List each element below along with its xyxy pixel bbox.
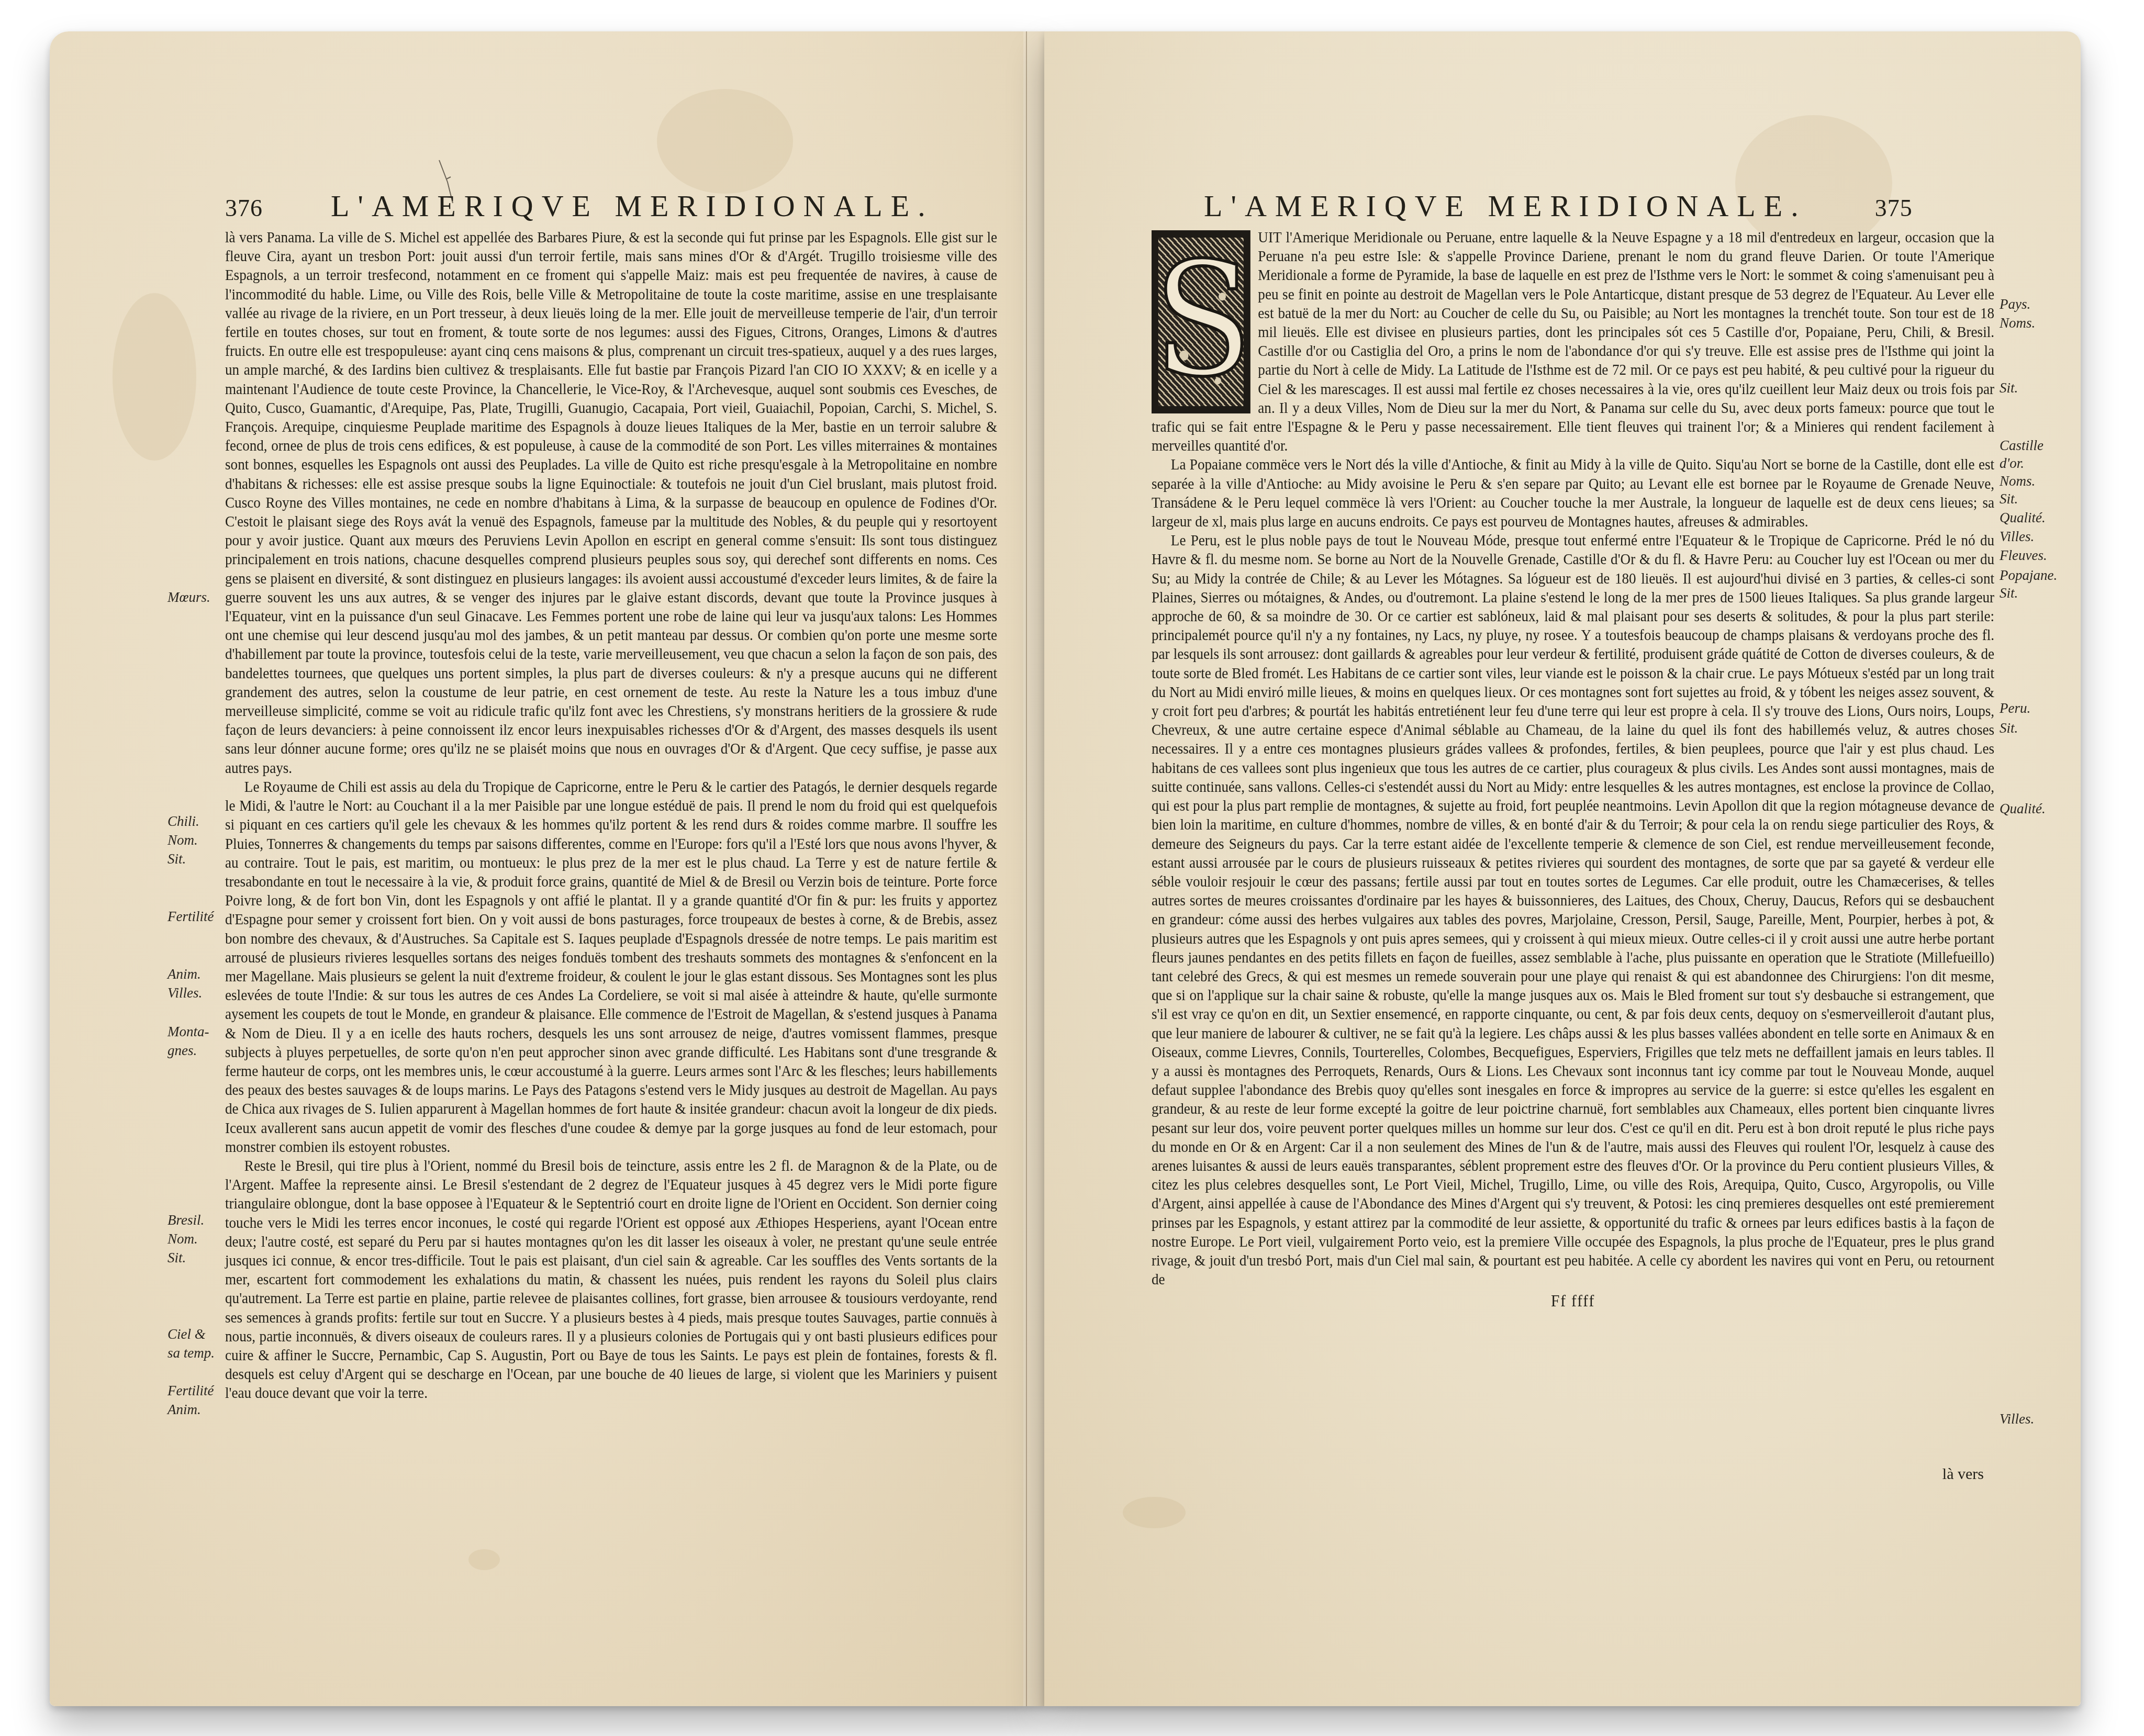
body-text: S UIT l'Amerique Meridionale ou Peruane,… <box>1152 228 1994 1311</box>
margin-note: Chili. <box>167 813 199 829</box>
right-page: L'AMERIQVE MERIDIONALE. 375 Pays.Noms.Si… <box>1152 188 1994 1311</box>
margin-note: Anim. <box>167 966 201 982</box>
margin-note: Peru. <box>2000 700 2030 716</box>
paragraph: là vers Panama. La ville de S. Michel es… <box>225 228 997 778</box>
paragraph: Le Peru, est le plus noble pays de tout … <box>1152 531 1994 1289</box>
book-spread: 376 L'AMERIQVE MERIDIONALE. Mœurs.Chili.… <box>50 31 2081 1706</box>
running-head: 376 L'AMERIQVE MERIDIONALE. <box>225 188 997 225</box>
margin-note: Noms. <box>2000 473 2035 489</box>
margin-note: Noms. <box>2000 315 2035 331</box>
margin-note: gnes. <box>167 1043 197 1058</box>
margin-note: Nom. <box>167 832 198 848</box>
margin-note: Sit. <box>2000 585 2018 601</box>
decorated-initial: S <box>1152 230 1250 413</box>
page-number: 375 <box>1875 194 1913 222</box>
margin-note: Fertilité <box>167 1383 214 1398</box>
margin-note: Popajane. <box>2000 567 2057 583</box>
fold-line <box>1026 31 1027 1706</box>
paragraph: Le Royaume de Chili est assis au dela du… <box>225 778 997 1157</box>
margin-note: Nom. <box>167 1231 198 1247</box>
margin-note: Qualité. <box>2000 801 2046 816</box>
paper-stain <box>1123 1497 1186 1528</box>
paper-stain <box>468 1549 500 1570</box>
margin-note: Sit. <box>2000 380 2018 396</box>
margin-note: Sit. <box>167 851 186 867</box>
margin-note: Ciel & <box>167 1326 206 1342</box>
running-title: L'AMERIQVE MERIDIONALE. <box>1204 188 1807 223</box>
margin-note: Monta- <box>167 1024 209 1039</box>
margin-note: Mœurs. <box>167 589 210 605</box>
margin-note: Sit. <box>2000 720 2018 736</box>
margin-note: Fertilité <box>167 909 214 924</box>
margin-note: Villes. <box>2000 529 2034 544</box>
running-title: L'AMERIQVE MERIDIONALE. <box>331 188 934 223</box>
paper-stain <box>113 293 196 461</box>
margin-note: Fleuves. <box>2000 547 2047 563</box>
signature-mark: Ff ffff <box>1152 1291 1994 1310</box>
margin-note: Bresil. <box>167 1212 204 1228</box>
page-number: 376 <box>225 194 263 222</box>
initial-letter: S <box>1154 242 1248 399</box>
left-page: 376 L'AMERIQVE MERIDIONALE. Mœurs.Chili.… <box>225 188 997 1403</box>
paragraph: La Popaiane commëce vers le Nort dés la … <box>1152 455 1994 531</box>
margin-note: Sit. <box>2000 491 2018 507</box>
body-text: là vers Panama. La ville de S. Michel es… <box>225 228 997 1403</box>
paragraph: Reste le Bresil, qui tire plus à l'Orien… <box>225 1157 997 1403</box>
margin-note: Qualité. <box>2000 510 2046 525</box>
catchword: là vers <box>1942 1465 1984 1483</box>
margin-note: Anim. <box>167 1402 201 1417</box>
margin-note: Castille <box>2000 438 2043 453</box>
paragraph: UIT l'Amerique Meridionale ou Peruane, e… <box>1152 228 1994 455</box>
paper-stain <box>657 89 793 194</box>
margin-note: Villes. <box>167 985 202 1001</box>
margin-note: sa temp. <box>167 1345 215 1361</box>
margin-note: Villes. <box>2000 1411 2034 1427</box>
margin-note: d'or. <box>2000 455 2024 471</box>
running-head: L'AMERIQVE MERIDIONALE. 375 <box>1152 188 1994 225</box>
margin-note: Pays. <box>2000 296 2030 312</box>
margin-note: Sit. <box>167 1250 186 1265</box>
